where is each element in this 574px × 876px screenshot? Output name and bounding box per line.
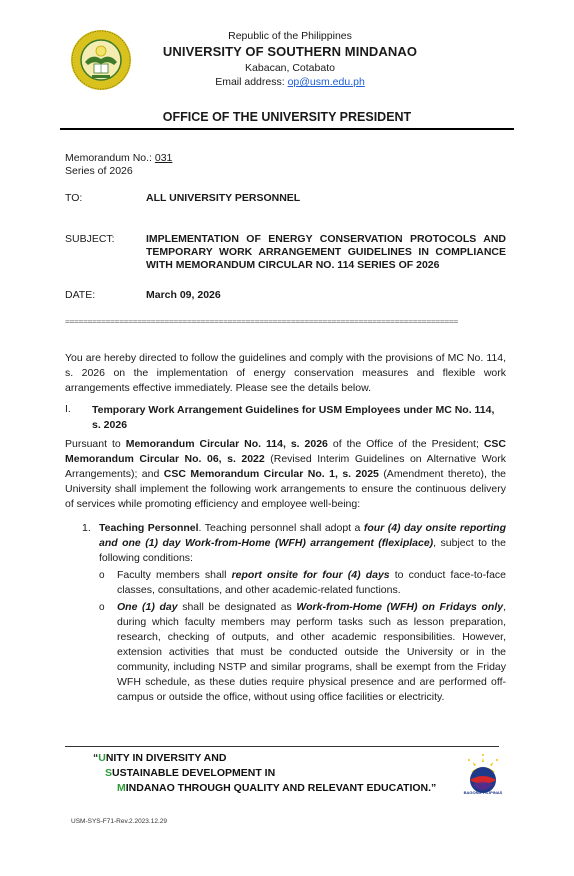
- motto-initial: S: [105, 767, 112, 779]
- bullet-text: Faculty members shall report onsite for …: [117, 568, 506, 598]
- emphasis: One (1) day: [117, 601, 178, 613]
- separator-line: ========================================…: [65, 317, 505, 326]
- motto-line-3: MINDANAO THROUGH QUALITY AND RELEVANT ED…: [117, 782, 436, 794]
- header-university-name: UNIVERSITY OF SOUTHERN MINDANAO: [140, 44, 440, 59]
- memo-series: Series of 2026: [65, 165, 133, 177]
- email-label: Email address:: [215, 76, 287, 88]
- text: shall be designated as: [178, 601, 297, 613]
- to-value: ALL UNIVERSITY PERSONNEL: [146, 192, 300, 204]
- list-item-text: Teaching Personnel. Teaching personnel s…: [99, 521, 506, 566]
- motto-text: INDANAO THROUGH QUALITY AND RELEVANT EDU…: [126, 782, 437, 794]
- email-link[interactable]: op@usm.edu.ph: [288, 76, 365, 88]
- text: , during which faculty members may perfo…: [117, 601, 506, 703]
- memo-number-value: 031: [155, 152, 173, 164]
- section-title: Temporary Work Arrangement Guidelines fo…: [92, 403, 506, 433]
- subject-value: IMPLEMENTATION OF ENERGY CONSERVATION PR…: [146, 233, 506, 272]
- pursuant-paragraph: Pursuant to Memorandum Circular No. 114,…: [65, 437, 506, 512]
- bullet-text: One (1) day shall be designated as Work-…: [117, 600, 506, 705]
- item-title: Teaching Personnel: [99, 522, 199, 534]
- reference-mc-114: Memorandum Circular No. 114, s. 2026: [126, 438, 328, 450]
- header-divider: [60, 128, 514, 130]
- intro-paragraph: You are hereby directed to follow the gu…: [65, 351, 506, 396]
- text: Faculty members shall: [117, 569, 232, 581]
- motto-line-2: SUSTAINABLE DEVELOPMENT IN: [105, 767, 275, 779]
- motto-line-1: “UNITY IN DIVERSITY AND: [93, 752, 226, 764]
- motto-initial: M: [117, 782, 126, 794]
- university-seal-icon: [70, 29, 132, 91]
- bagong-pilipinas-text: BAGONG PILIPINAS: [455, 790, 511, 795]
- header-location: Kabacan, Cotabato: [140, 62, 440, 74]
- header-republic: Republic of the Philippines: [140, 30, 440, 42]
- emphasis: report onsite for four (4) days: [232, 569, 390, 581]
- subject-label: SUBJECT:: [65, 233, 115, 245]
- motto-initial: U: [98, 752, 106, 764]
- motto-text: NITY IN DIVERSITY AND: [106, 752, 227, 764]
- bullet-item: o Faculty members shall report onsite fo…: [117, 568, 506, 598]
- bullet-marker-icon: o: [99, 600, 105, 615]
- header-email: Email address: op@usm.edu.ph: [140, 76, 440, 88]
- date-label: DATE:: [65, 289, 95, 301]
- list-number: 1.: [82, 521, 91, 536]
- emphasis: Work-from-Home (WFH) on Fridays only: [296, 601, 503, 613]
- footer-divider: [65, 746, 499, 747]
- date-value: March 09, 2026: [146, 289, 221, 301]
- bullet-item: o One (1) day shall be designated as Wor…: [117, 600, 506, 705]
- text: . Teaching personnel shall adopt a: [199, 522, 364, 534]
- motto-text: USTAINABLE DEVELOPMENT IN: [112, 767, 275, 779]
- bullet-marker-icon: o: [99, 568, 105, 583]
- reference-csc-mc-1: CSC Memorandum Circular No. 1, s. 2025: [164, 468, 379, 480]
- memo-number: Memorandum No.: 031: [65, 152, 172, 164]
- text: Pursuant to: [65, 438, 126, 450]
- form-code: USM-SYS-F71-Rev.2.2023.12.29: [71, 818, 167, 825]
- to-label: TO:: [65, 192, 82, 204]
- office-title: OFFICE OF THE UNIVERSITY PRESIDENT: [0, 110, 574, 124]
- memo-number-label: Memorandum No.:: [65, 152, 155, 164]
- memo-page: Republic of the Philippines UNIVERSITY O…: [0, 0, 574, 876]
- section-number: I.: [65, 403, 71, 415]
- text: of the Office of the President;: [328, 438, 484, 450]
